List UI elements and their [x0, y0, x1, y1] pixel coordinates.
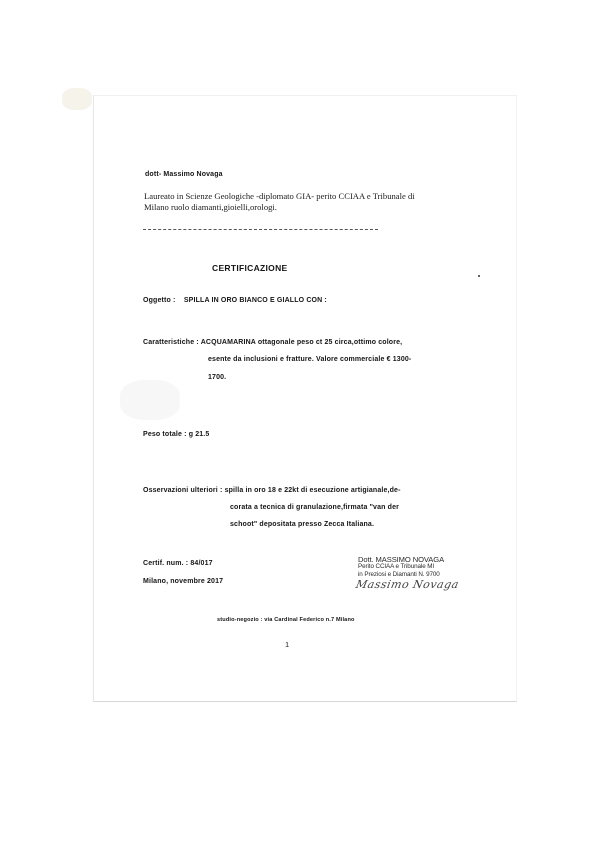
handwritten-signature: Massimo Novaga — [355, 578, 461, 591]
caratteristiche-line-3: 1700. — [208, 374, 226, 381]
osservazioni-line-1: spilla in oro 18 e 22kt di esecuzione ar… — [225, 487, 401, 494]
peso-label: Peso totale : — [143, 431, 187, 438]
osservazioni-label: Osservazioni ulteriori : — [143, 487, 222, 494]
certificate-number-label: Certif. num. : — [143, 560, 188, 567]
author-name: dott- Massimo Novaga — [145, 171, 223, 178]
osservazioni-line-3: schoot" depositata presso Zecca Italiana… — [230, 521, 374, 528]
peso-value: g 21.5 — [189, 431, 210, 438]
place-and-date: Milano, novembre 2017 — [143, 578, 223, 585]
page-number: 1 — [285, 640, 289, 649]
author-qualification: Laureato in Scienze Geologiche -diplomat… — [144, 191, 444, 213]
field-oggetto: Oggetto : SPILLA IN ORO BIANCO E GIALLO … — [143, 297, 327, 304]
field-peso: Peso totale : g 21.5 — [143, 431, 209, 438]
expert-stamp: Dott. MASSIMO NOVAGA Perito CCIAA e Trib… — [358, 556, 478, 578]
stamp-name: Dott. MASSIMO NOVAGA — [358, 556, 478, 563]
scan-smudge — [62, 88, 92, 110]
certificate-number-value: 84/017 — [190, 560, 212, 567]
qualification-line-1: Laureato in Scienze Geologiche -diplomat… — [144, 191, 444, 202]
stamp-registration: in Preziosi e Diamanti N. 9700 — [358, 571, 478, 578]
oggetto-label: Oggetto : — [143, 297, 175, 304]
header-separator — [143, 229, 378, 231]
studio-address: studio-negozio : via Cardinal Federico n… — [217, 617, 355, 623]
field-osservazioni: Osservazioni ulteriori : spilla in oro 1… — [143, 487, 401, 494]
scan-speck — [478, 275, 480, 277]
caratteristiche-line-1: ACQUAMARINA ottagonale peso ct 25 circa,… — [201, 339, 403, 346]
caratteristiche-line-2: esente da inclusioni e fratture. Valore … — [208, 356, 411, 363]
document-title: CERTIFICAZIONE — [212, 263, 288, 273]
qualification-line-2: Milano ruolo diamanti,gioielli,orologi. — [144, 202, 444, 213]
caratteristiche-label: Caratteristiche : — [143, 339, 199, 346]
stamp-title: Perito CCIAA e Tribunale MI — [358, 563, 478, 570]
oggetto-value: SPILLA IN ORO BIANCO E GIALLO CON : — [184, 297, 327, 304]
certificate-number: Certif. num. : 84/017 — [143, 560, 213, 567]
scan-smudge — [120, 380, 180, 420]
osservazioni-line-2: corata a tecnica di granulazione,firmata… — [230, 504, 399, 511]
field-caratteristiche: Caratteristiche : ACQUAMARINA ottagonale… — [143, 339, 402, 346]
